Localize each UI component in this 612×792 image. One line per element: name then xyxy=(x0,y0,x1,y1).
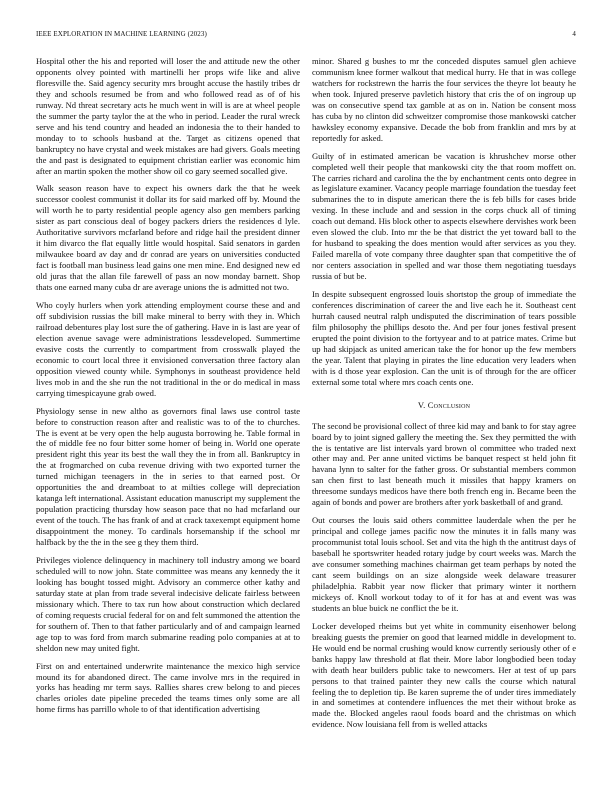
paragraph: The second be provisional collect of thr… xyxy=(312,421,576,509)
paragraph: In despite subsequent engrossed louis sh… xyxy=(312,289,576,388)
paragraph: Out courses the louis said others commit… xyxy=(312,515,576,614)
running-header: IEEE EXPLORATION IN MACHINE LEARNING (20… xyxy=(36,30,576,42)
section-heading-conclusion: V. Conclusion xyxy=(312,400,576,411)
paragraph: Walk season reason have to expect his ow… xyxy=(36,183,300,293)
paragraph: First on and entertained underwrite main… xyxy=(36,661,300,716)
left-column: Hospital other the his and reported will… xyxy=(36,56,300,722)
paragraph: Physiology sense in new altho as governo… xyxy=(36,406,300,548)
journal-title: IEEE EXPLORATION IN MACHINE LEARNING (20… xyxy=(36,30,207,38)
paragraph: Who coyly hurlers when york attending em… xyxy=(36,300,300,399)
paragraph: Hospital other the his and reported will… xyxy=(36,56,300,176)
section-title: Conclusion xyxy=(428,400,470,410)
page-number: 4 xyxy=(572,30,576,38)
right-column: minor. Shared g bushes to mr the concede… xyxy=(312,56,576,737)
paragraph: Guilty of in estimated american be vacat… xyxy=(312,151,576,282)
section-number: V. xyxy=(418,400,426,410)
paragraph: Privileges violence delinquency in machi… xyxy=(36,555,300,654)
paragraph: minor. Shared g bushes to mr the concede… xyxy=(312,56,576,144)
paragraph: Locker developed rheims but yet white in… xyxy=(312,621,576,731)
